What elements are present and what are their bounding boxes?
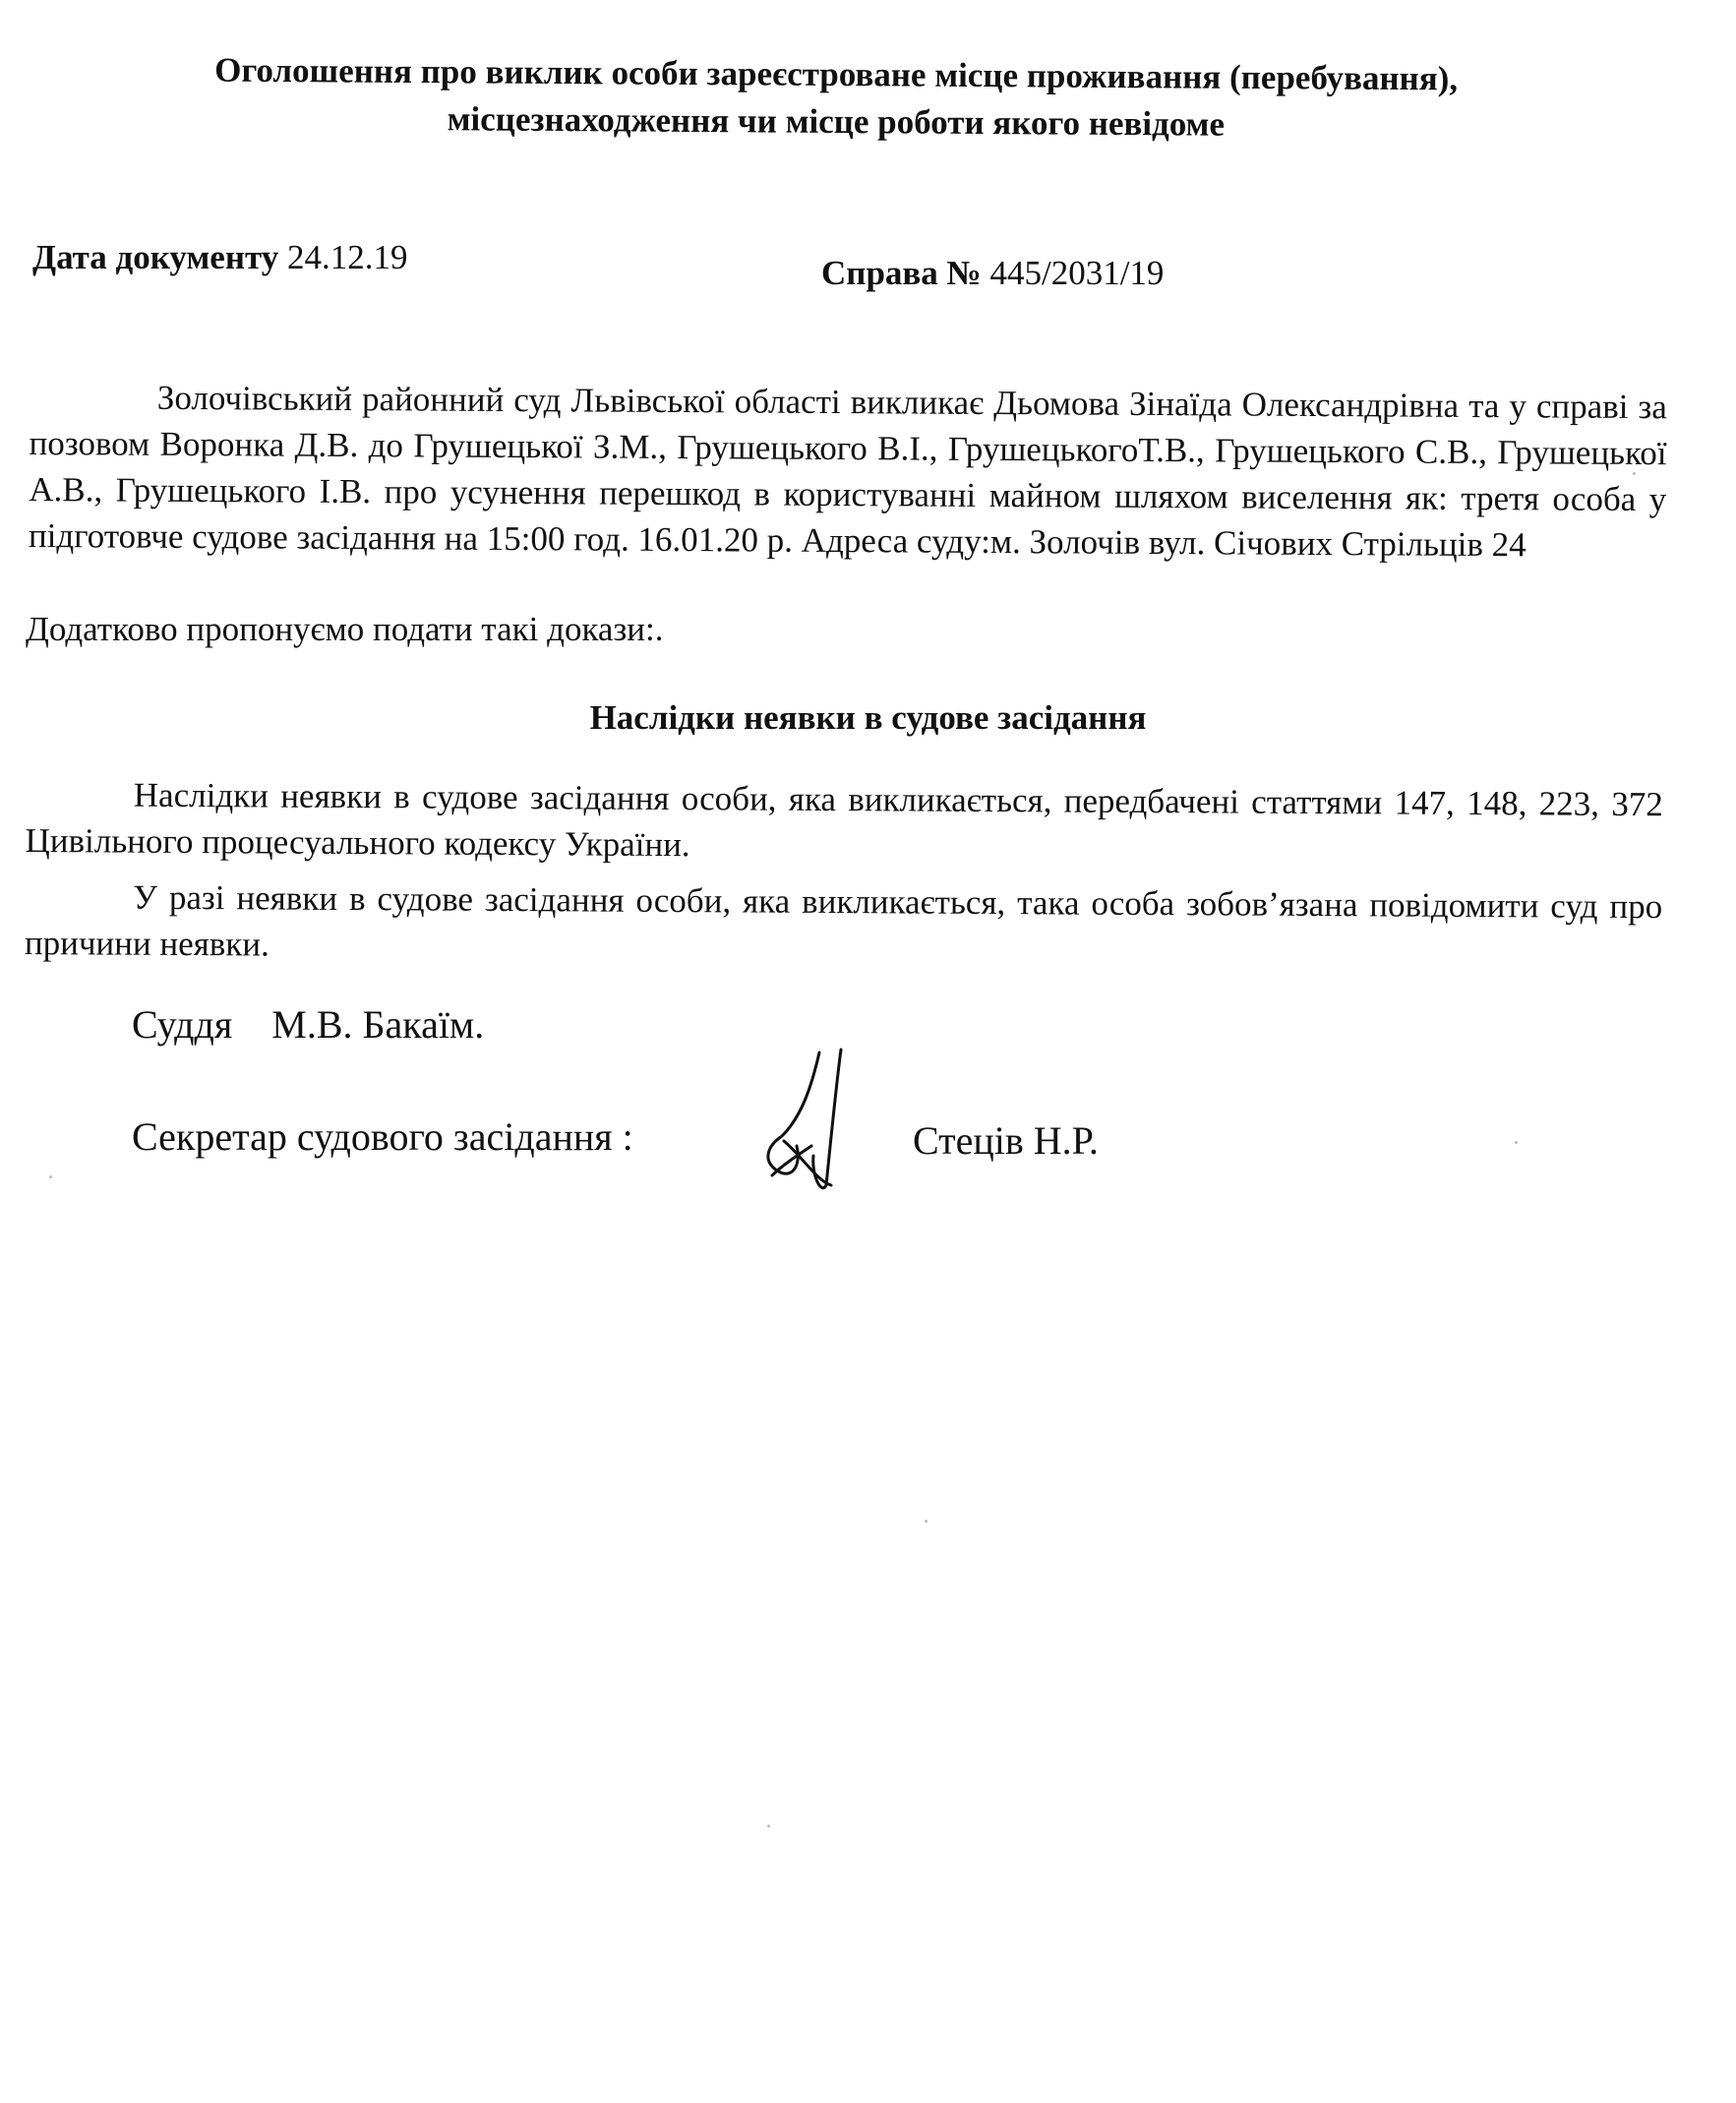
judge-line: СуддяМ.В. Бакаїм. — [132, 1001, 484, 1048]
summons-paragraph: Золочівський районний суд Львівської обл… — [29, 374, 1667, 569]
consequences-paragraph-1: Наслідки неявки в судове засідання особи… — [25, 771, 1663, 873]
consequences-paragraph-2: У разі неявки в судове засідання особи, … — [25, 873, 1663, 976]
indent — [30, 408, 157, 409]
scan-speck — [49, 1175, 52, 1178]
consequences-block: Наслідки неявки в судове засідання особи… — [25, 771, 1663, 986]
summons-text: Золочівський районний суд Львівської обл… — [29, 379, 1667, 565]
scan-speck — [1633, 472, 1636, 475]
secretary-name: Стеців Н.Р. — [913, 1117, 1099, 1164]
judge-label: Суддя — [132, 1002, 232, 1047]
case-value: 445/2031/19 — [989, 254, 1164, 292]
date-label: Дата документу — [32, 238, 278, 276]
date-value: 24.12.19 — [287, 238, 408, 276]
signature-icon — [743, 1048, 870, 1195]
scan-speck — [1515, 1141, 1518, 1144]
case-number: Справа № 445/2031/19 — [821, 254, 1164, 293]
judge-name: М.В. Бакаїм. — [271, 1002, 484, 1047]
document-date: Дата документу 24.12.19 — [32, 238, 407, 277]
additional-evidence: Додатково пропонуємо подати такі докази:… — [26, 610, 664, 649]
section-title: Наслідки неявки в судове засідання — [0, 698, 1736, 738]
case-label: Справа № — [821, 254, 982, 292]
secretary-label: Секретар судового засідання : — [132, 1113, 633, 1160]
document-title: Оголошення про виклик особи зареєстрован… — [98, 46, 1575, 150]
scan-speck — [925, 1520, 928, 1523]
scan-speck — [767, 1825, 770, 1828]
